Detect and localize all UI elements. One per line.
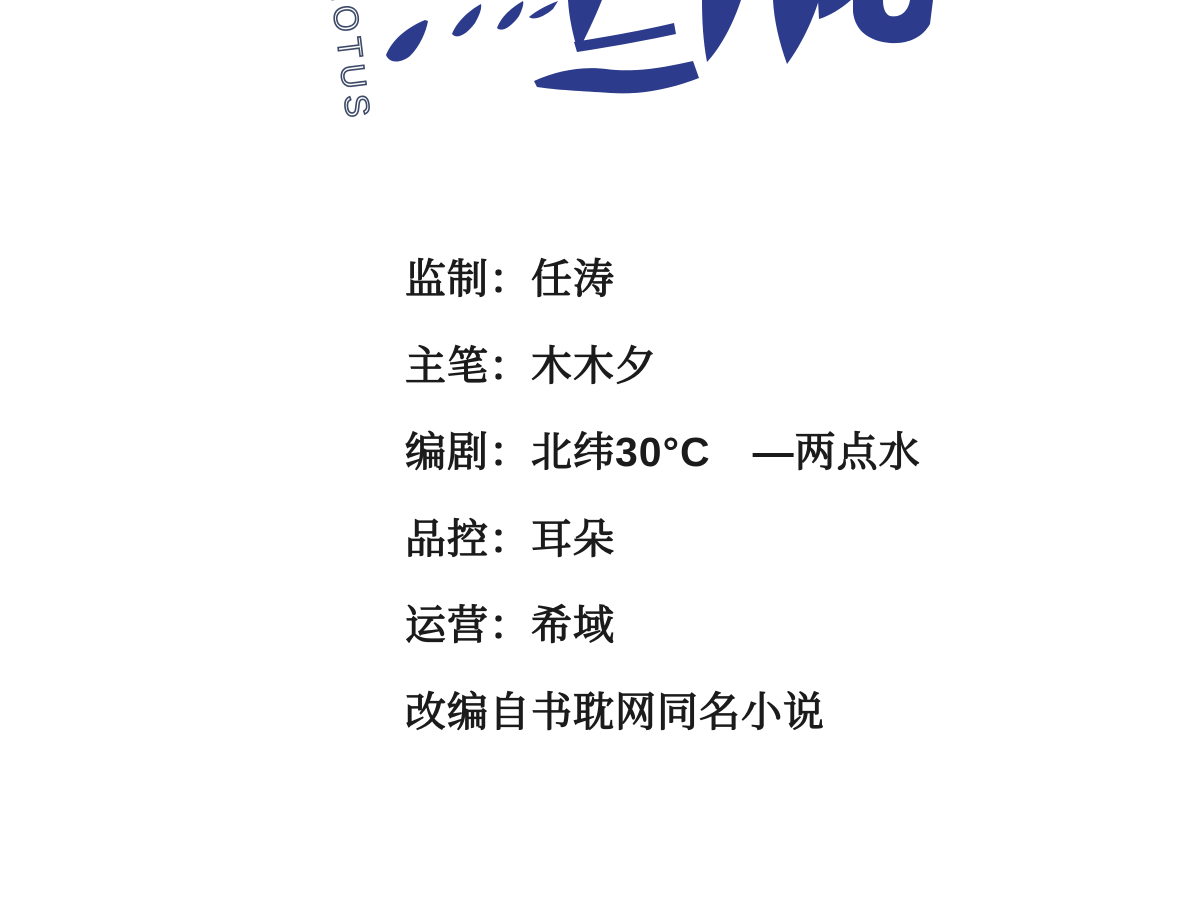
title-strokes	[386, 0, 933, 93]
adaptation-note: 改编自书耽网同名小说	[405, 669, 921, 756]
lotus-wordmark: LOTUS	[322, 0, 377, 125]
credit-supervisor: 监制：任涛	[405, 236, 921, 323]
credits-page: 黑莲花 LOTUS 监制：任涛 主笔	[0, 0, 1200, 900]
credit-screenwriter: 编剧：北纬30°C —两点水	[405, 409, 921, 496]
series-logo: 黑莲花 LOTUS	[300, 0, 960, 140]
credits-list: 监制：任涛 主笔：木木夕 编剧：北纬30°C —两点水 品控：耳朵 运营：希域 …	[405, 236, 921, 755]
credit-lead-artist: 主笔：木木夕	[405, 323, 921, 410]
credit-operations: 运营：希域	[405, 582, 921, 669]
title-calligraphy: 黑莲花 LOTUS	[300, 0, 960, 140]
credit-quality-control: 品控：耳朵	[405, 496, 921, 583]
